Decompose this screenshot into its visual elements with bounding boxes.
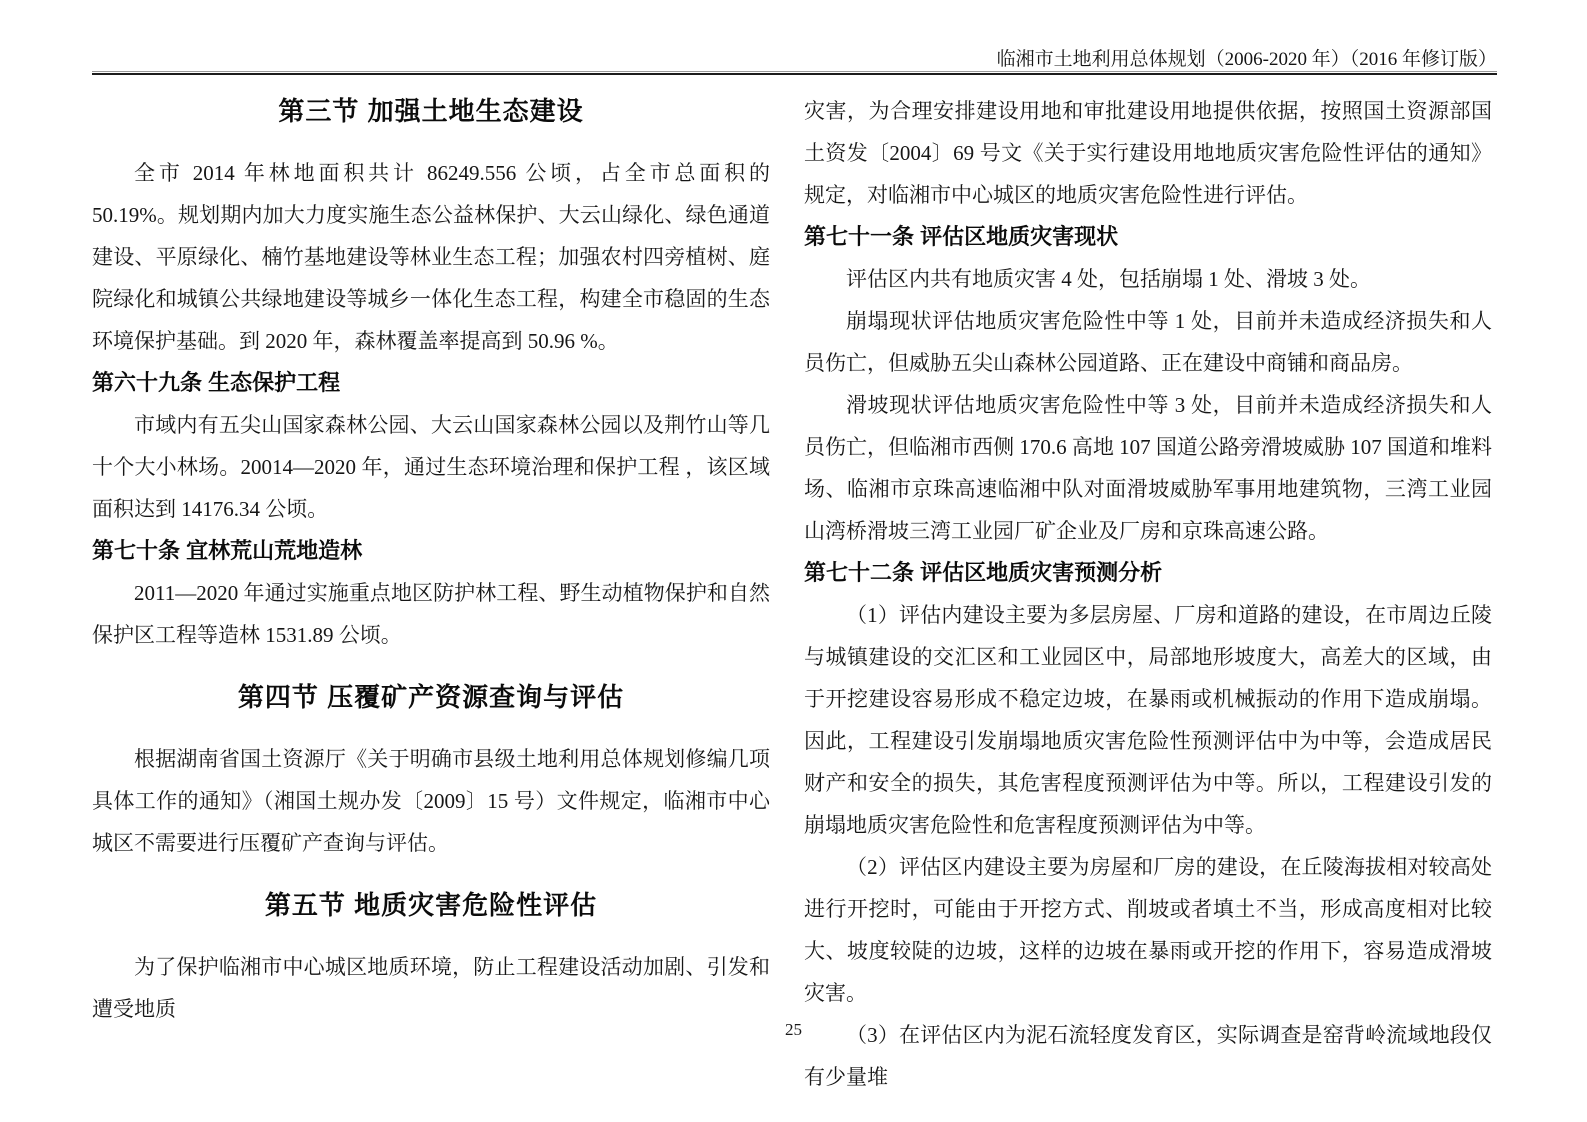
paragraph: 市域内有五尖山国家森林公园、大云山国家森林公园以及荆竹山等几十个大小林场。200… <box>92 404 770 530</box>
paragraph: 滑坡现状评估地质灾害危险性中等 3 处，目前并未造成经济损失和人员伤亡，但临湘市… <box>804 384 1492 552</box>
article-heading: 第七十条 宜林荒山荒地造林 <box>92 530 770 572</box>
right-column: 灾害，为合理安排建设用地和审批建设用地提供依据，按照国土资源部国土资发〔2004… <box>804 90 1492 1098</box>
paragraph: 评估区内共有地质灾害 4 处，包括崩塌 1 处、滑坡 3 处。 <box>804 258 1492 300</box>
paragraph: 全市 2014 年林地面积共计 86249.556 公顷，占全市总面积的 50.… <box>92 152 770 362</box>
page-number: 25 <box>0 1020 1587 1040</box>
paragraph: 为了保护临湘市中心城区地质环境，防止工程建设活动加剧、引发和遭受地质 <box>92 946 770 1030</box>
paragraph: （2）评估区内建设主要为房屋和厂房的建设，在丘陵海拔相对较高处进行开挖时，可能由… <box>804 846 1492 1014</box>
left-column: 第三节 加强土地生态建设全市 2014 年林地面积共计 86249.556 公顷… <box>92 90 770 1030</box>
section-heading: 第五节 地质灾害危险性评估 <box>92 884 770 926</box>
paragraph: 根据湖南省国土资源厅《关于明确市县级土地利用总体规划修编几项具体工作的通知》（湘… <box>92 738 770 864</box>
article-heading: 第七十一条 评估区地质灾害现状 <box>804 216 1492 258</box>
paragraph: 2011—2020 年通过实施重点地区防护林工程、野生动植物保护和自然保护区工程… <box>92 572 770 656</box>
section-heading: 第四节 压覆矿产资源查询与评估 <box>92 676 770 718</box>
header-rule <box>92 71 1497 75</box>
paragraph: 崩塌现状评估地质灾害危险性中等 1 处，目前并未造成经济损失和人员伤亡，但威胁五… <box>804 300 1492 384</box>
header-title: 临湘市土地利用总体规划（2006-2020 年）（2016 年修订版） <box>997 49 1497 70</box>
paragraph: （1）评估内建设主要为多层房屋、厂房和道路的建设，在市周边丘陵与城镇建设的交汇区… <box>804 594 1492 846</box>
page-header: 临湘市土地利用总体规划（2006-2020 年）（2016 年修订版） <box>92 44 1497 71</box>
section-heading: 第三节 加强土地生态建设 <box>92 90 770 132</box>
paragraph: 灾害，为合理安排建设用地和审批建设用地提供依据，按照国土资源部国土资发〔2004… <box>804 90 1492 216</box>
article-heading: 第七十二条 评估区地质灾害预测分析 <box>804 552 1492 594</box>
article-heading: 第六十九条 生态保护工程 <box>92 362 770 404</box>
